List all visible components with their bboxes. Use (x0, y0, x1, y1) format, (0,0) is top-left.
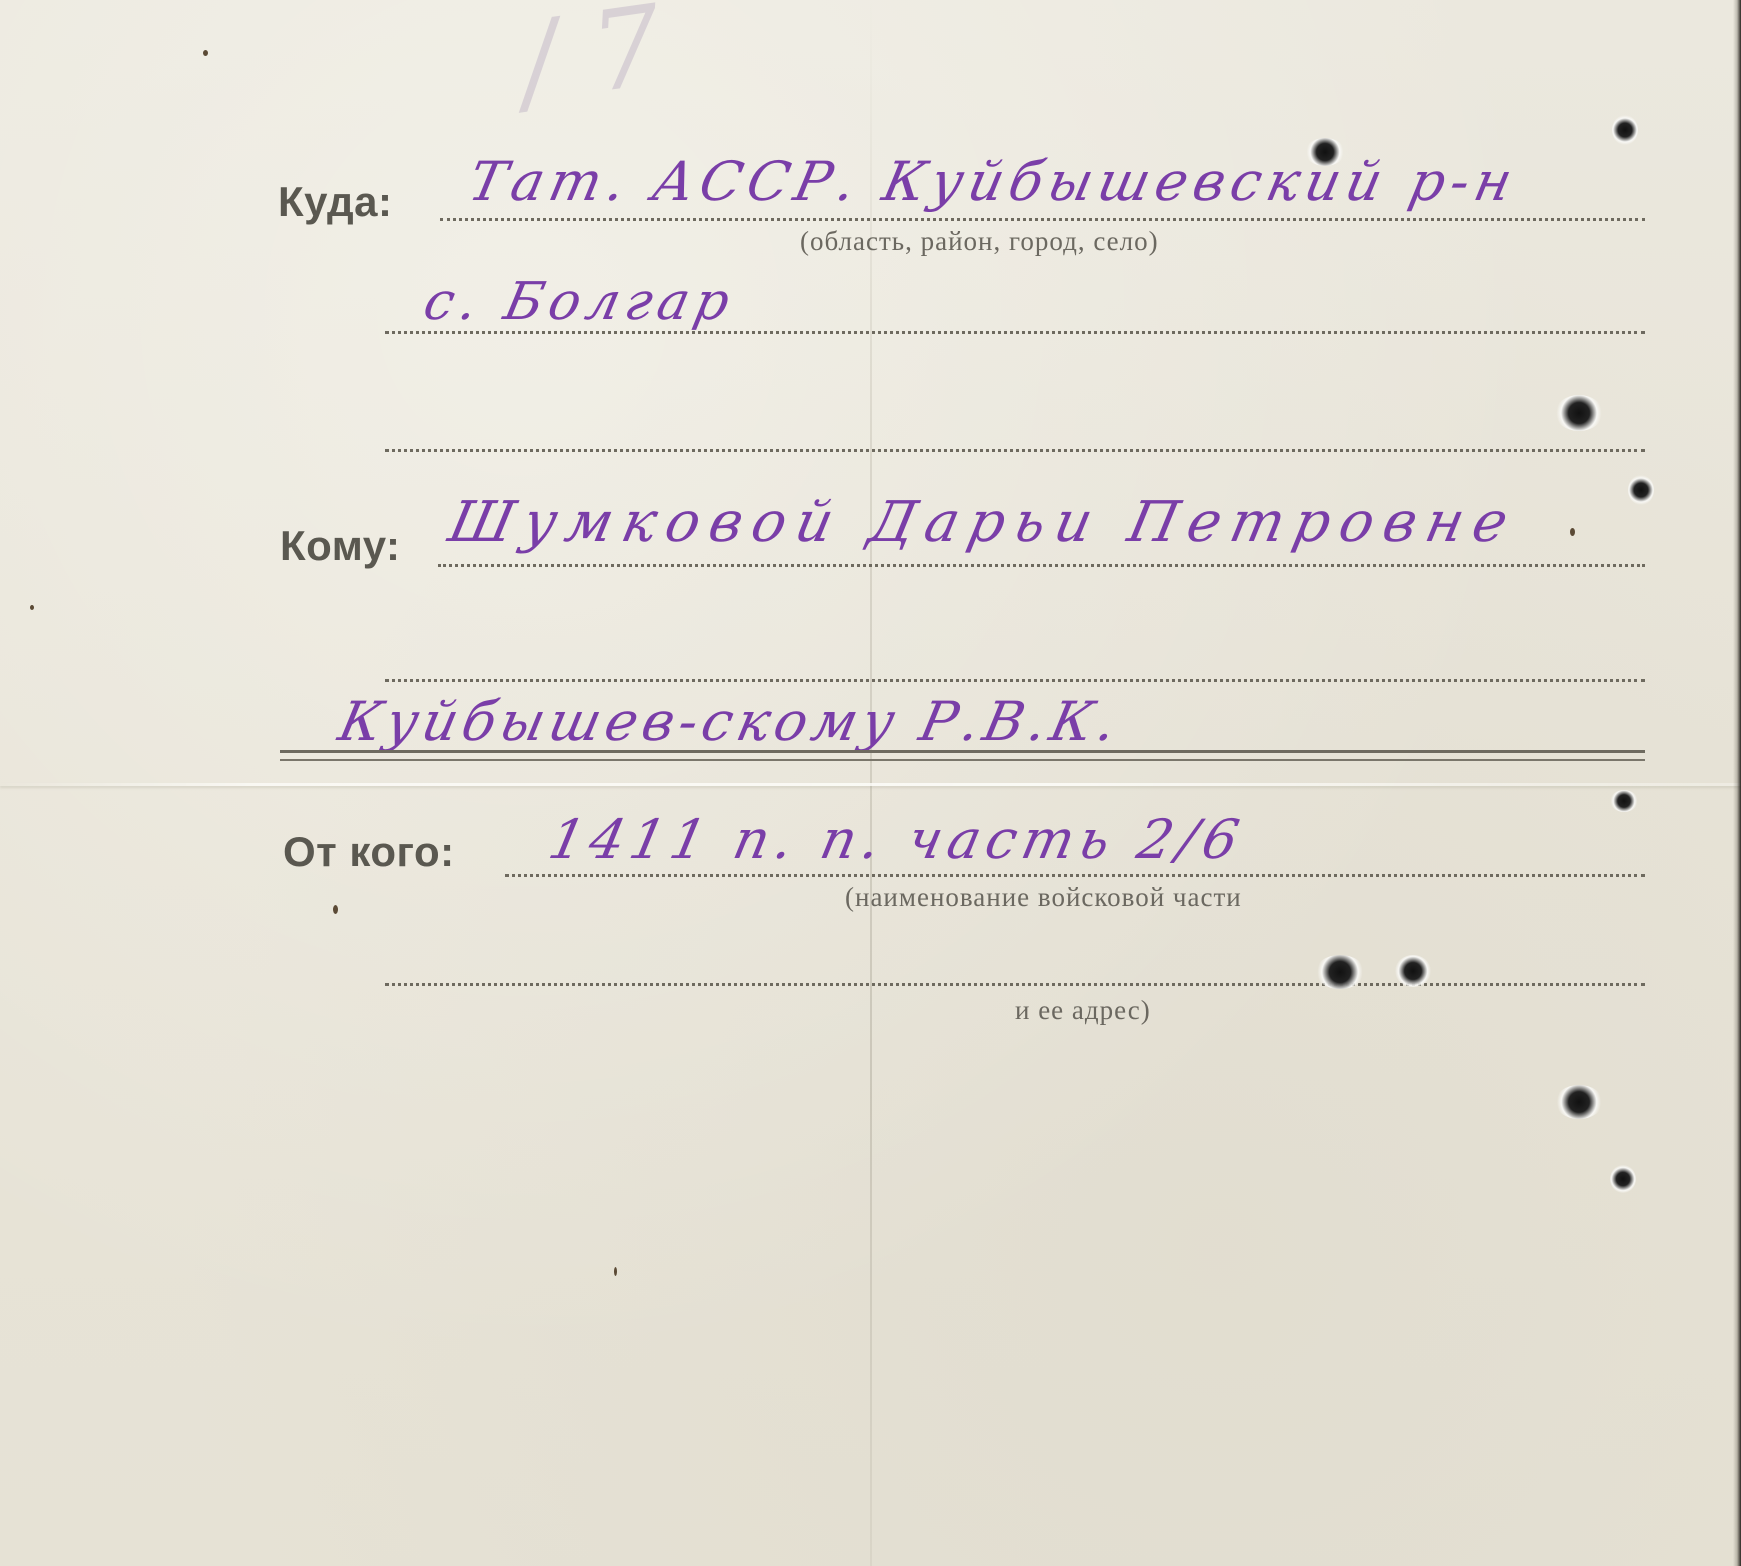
to-whom-handwriting-1: Шумковой Дарьи Петровне (443, 490, 1523, 555)
ink-speck (30, 605, 34, 610)
staple-hole (1555, 395, 1603, 431)
staple-hole (1628, 475, 1654, 505)
page-edge-shadow (1733, 0, 1741, 1566)
to-whom-label: Кому: (280, 522, 401, 570)
staple-hole (1610, 790, 1638, 812)
ink-speck (333, 905, 338, 914)
to-whom-line-1 (438, 564, 1645, 567)
staple-hole (1610, 1165, 1636, 1193)
staple-hole (1305, 138, 1345, 166)
ink-speck (1570, 528, 1575, 536)
ink-speck (203, 50, 208, 56)
document-page: / 7 Куда: Тат. АССР. Куйбышевский р-н (о… (0, 0, 1741, 1566)
to-where-line-3 (385, 449, 1645, 452)
to-where-caption: (область, район, город, село) (800, 226, 1159, 257)
section-divider-top (280, 750, 1645, 753)
from-whom-line-2 (385, 983, 1645, 986)
from-whom-handwriting-1: 1411 п. п. часть 2/6 (543, 808, 1250, 871)
staple-hole (1612, 115, 1638, 145)
from-whom-caption-2: и ее адрес) (1015, 995, 1151, 1026)
to-where-line-1 (440, 218, 1645, 221)
from-whom-line-1 (505, 874, 1645, 877)
to-whom-handwriting-2: Куйбышев-скому Р.В.К. (333, 690, 1127, 753)
ink-speck (614, 1267, 617, 1276)
faded-pencil-mark: / 7 (512, 0, 670, 127)
to-where-label: Куда: (278, 178, 392, 226)
to-where-handwriting-1: Тат. АССР. Куйбышевский р-н (463, 150, 1523, 213)
to-whom-line-2 (385, 679, 1645, 682)
staple-hole (1395, 955, 1431, 987)
from-whom-caption-1: (наименование войсковой части (845, 882, 1242, 913)
section-divider-bottom (280, 759, 1645, 761)
horizontal-fold-crease (0, 783, 1741, 786)
staple-hole (1315, 955, 1365, 989)
to-where-handwriting-2: с. Болгар (419, 272, 741, 332)
staple-hole (1555, 1085, 1603, 1119)
from-whom-label: От кого: (283, 828, 455, 876)
